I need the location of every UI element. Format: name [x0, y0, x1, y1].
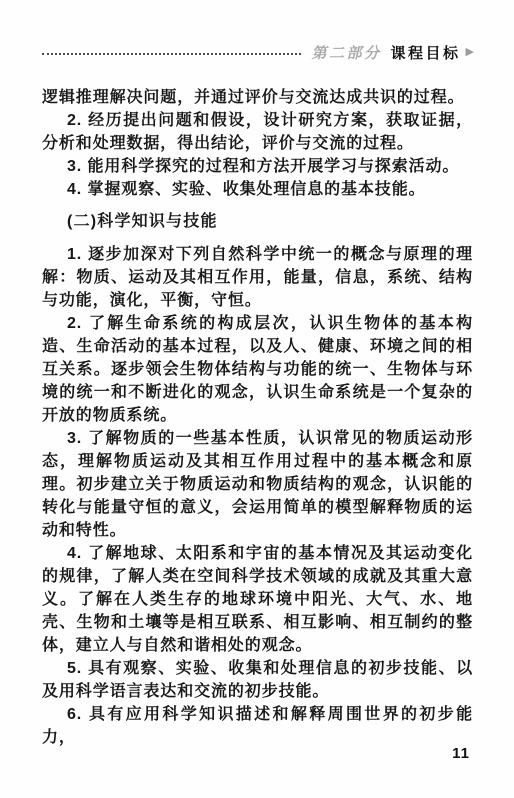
page-header: 第二部分 课程目标 ▶: [42, 43, 474, 61]
knowledge-item-3: 3. 了解物质的一些基本性质，认识常见的物质运动形态，理解物质运动及其相互作用过…: [42, 427, 473, 542]
triangle-right-icon: ▶: [466, 47, 474, 58]
list-item-3: 3. 能用科学探究的过程和方法开展学习与探索活动。: [42, 155, 473, 178]
book-page: 第二部分 课程目标 ▶ 逻辑推理解决问题，并通过评价与交流达成共识的过程。 2.…: [0, 0, 514, 798]
header-section-label: 课程目标: [391, 42, 461, 63]
list-item-4: 4. 掌握观察、实验、收集处理信息的基本技能。: [42, 178, 473, 201]
list-item-2: 2. 经历提出问题和假设，设计研究方案，获取证据，分析和处理数据，得出结论，评价…: [42, 109, 473, 155]
knowledge-item-2: 2. 了解生命系统的构成层次，认识生物体的基本构造、生命活动的基本过程，以及人、…: [42, 312, 473, 427]
page-number: 11: [452, 745, 470, 762]
knowledge-item-5: 5. 具有观察、实验、收集和处理信息的初步技能、以及用科学语言表达和交流的初步技…: [42, 657, 473, 703]
subsection-heading: (二)科学知识与技能: [42, 210, 473, 233]
page-body: 逻辑推理解决问题，并通过评价与交流达成共识的过程。 2. 经历提出问题和假设，设…: [42, 86, 473, 749]
header-dotted-rule: [42, 53, 301, 55]
knowledge-item-1: 1. 逐步加深对下列自然科学中统一的概念与原理的理解：物质、运动及其相互作用，能…: [42, 243, 473, 312]
knowledge-item-6: 6. 具有应用科学知识描述和解释周围世界的初步能力，: [42, 703, 473, 749]
knowledge-item-4: 4. 了解地球、太阳系和宇宙的基本情况及其运动变化的规律，了解人类在空间科学技术…: [42, 542, 473, 657]
paragraph-continuation: 逻辑推理解决问题，并通过评价与交流达成共识的过程。: [42, 86, 473, 109]
header-part-label: 第二部分: [312, 42, 382, 63]
